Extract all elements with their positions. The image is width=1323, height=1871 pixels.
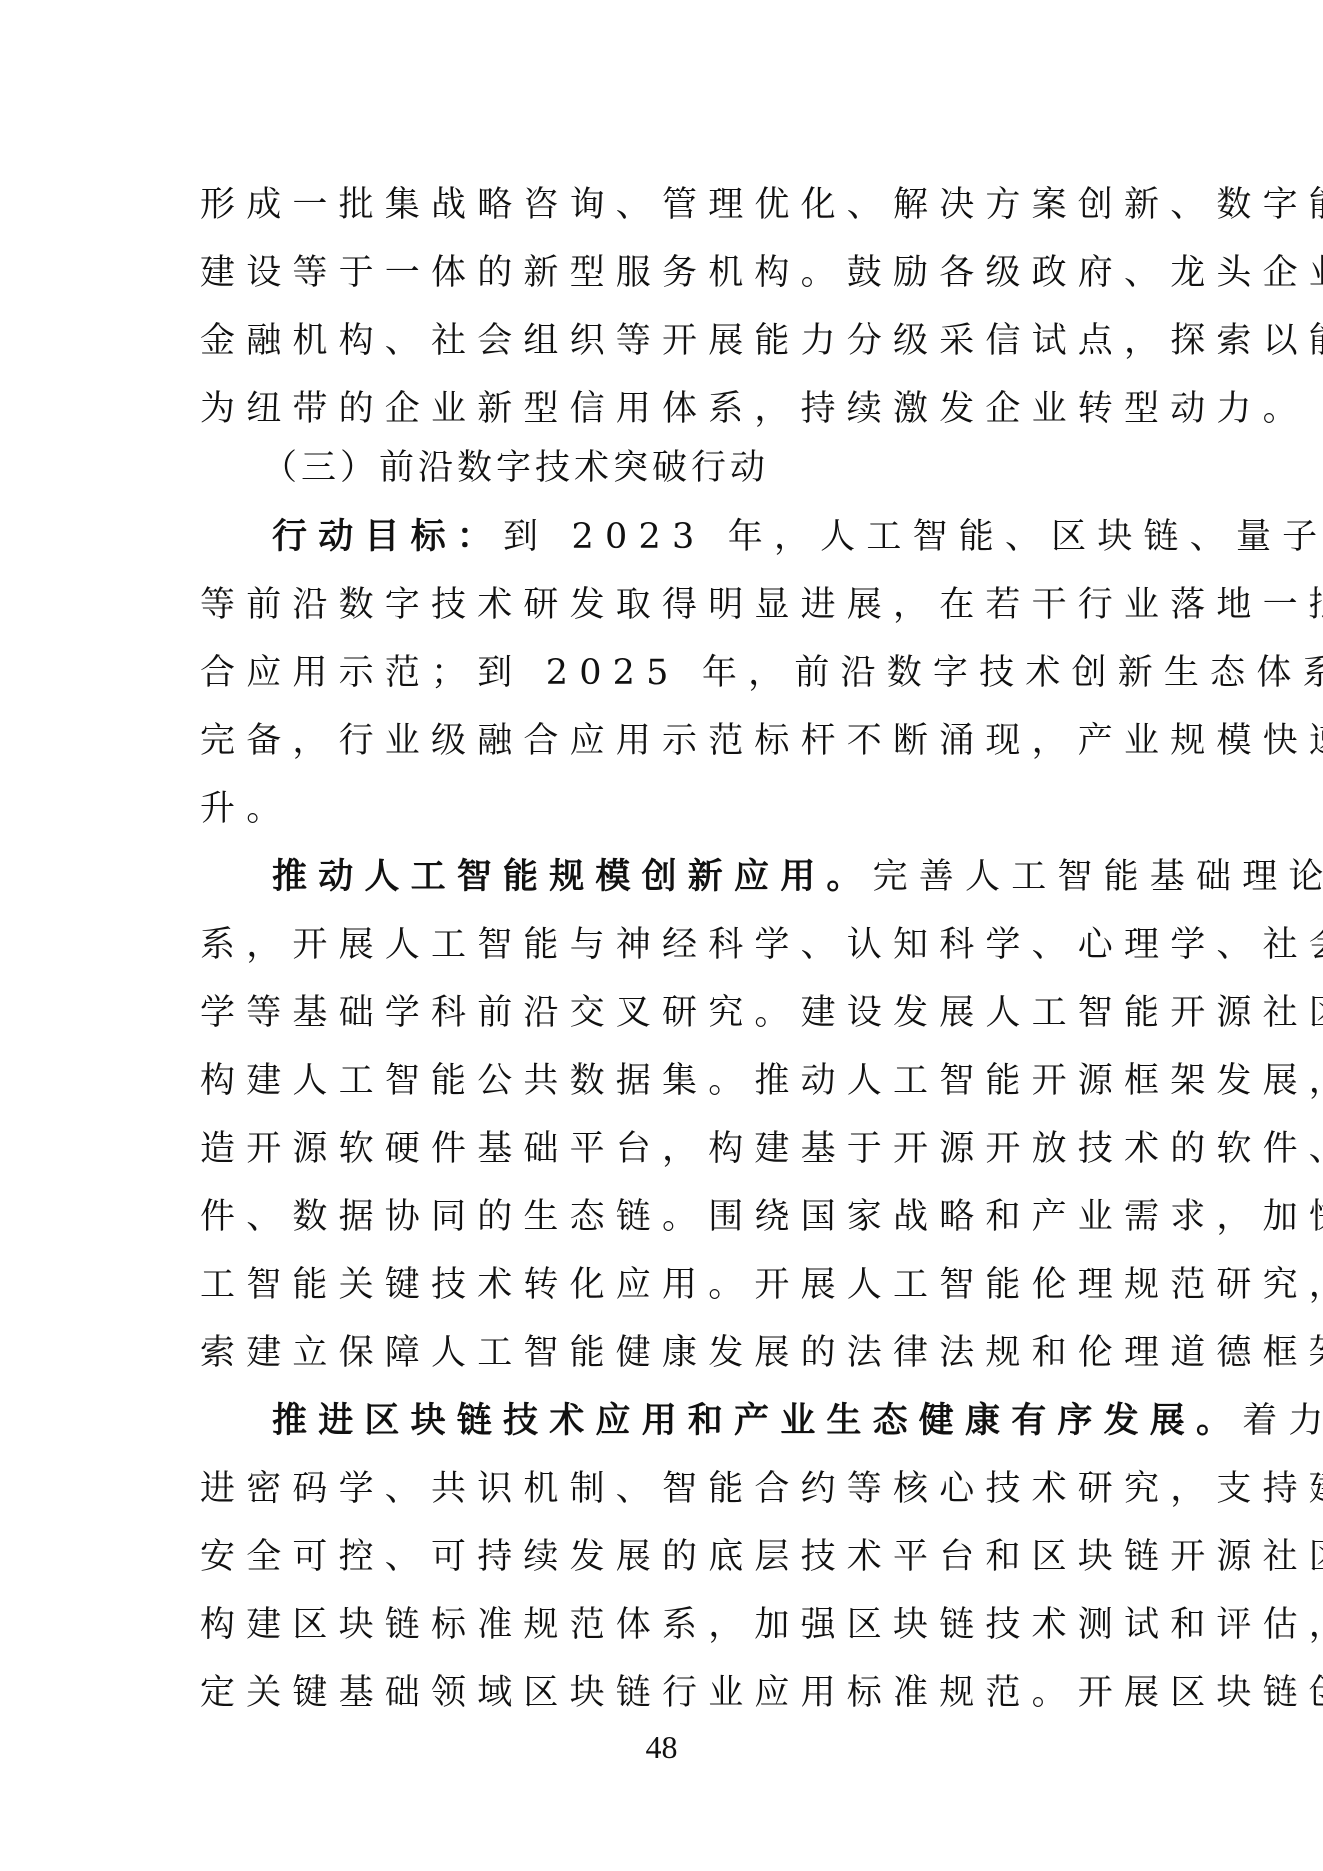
text-line: 构建区块链标准规范体系，加强区块链技术测试和评估，制 [200, 1600, 1130, 1650]
bold-lead: 推动人工智能规模创新应用。 [272, 856, 873, 897]
text-line: 形成一批集战略咨询、管理优化、解决方案创新、数字能力 [200, 180, 1130, 230]
text-line: 金融机构、社会组织等开展能力分级采信试点，探索以能力 [200, 316, 1130, 366]
text-line: 学等基础学科前沿交叉研究。建设发展人工智能开源社区， [200, 988, 1130, 1038]
page-number: 48 [0, 1727, 1323, 1767]
bold-lead: 推进区块链技术应用和产业生态健康有序发展。 [272, 1400, 1242, 1441]
text-run: 完善人工智能基础理论体 [873, 857, 1323, 897]
bold-lead: 行动目标： [272, 516, 503, 557]
text-line: 升。 [200, 784, 1130, 834]
text-line: 完备，行业级融合应用示范标杆不断涌现，产业规模快速提 [200, 716, 1130, 766]
document-page: 形成一批集战略咨询、管理优化、解决方案创新、数字能力 建设等于一体的新型服务机构… [0, 0, 1323, 1871]
text-line: 建设等于一体的新型服务机构。鼓励各级政府、龙头企业、 [200, 248, 1130, 298]
text-line: 工智能关键技术转化应用。开展人工智能伦理规范研究，探 [200, 1260, 1130, 1310]
text-line: 等前沿数字技术研发取得明显进展，在若干行业落地一批融 [200, 580, 1130, 630]
text-line: 索建立保障人工智能健康发展的法律法规和伦理道德框架。 [200, 1328, 1130, 1378]
text-line: 构建人工智能公共数据集。推动人工智能开源框架发展，打 [200, 1056, 1130, 1106]
text-line: 定关键基础领域区块链行业应用标准规范。开展区块链创新 [200, 1668, 1130, 1718]
text-line: 系，开展人工智能与神经科学、认知科学、心理学、社会科 [200, 920, 1130, 970]
text-line-with-lead: 推进区块链技术应用和产业生态健康有序发展。着力推 [272, 1396, 1130, 1446]
text-line: 合应用示范；到 2025 年，前沿数字技术创新生态体系日益 [200, 648, 1130, 698]
section-heading: （三）前沿数字技术突破行动 [262, 443, 762, 493]
text-line: 造开源软硬件基础平台，构建基于开源开放技术的软件、硬 [200, 1124, 1130, 1174]
text-line: 件、数据协同的生态链。围绕国家战略和产业需求，加快人 [200, 1192, 1130, 1242]
text-line: 为纽带的企业新型信用体系，持续激发企业转型动力。 [200, 384, 1130, 434]
text-run: 到 2023 年，人工智能、区块链、量子信息 [503, 517, 1323, 557]
text-line-with-lead: 推动人工智能规模创新应用。完善人工智能基础理论体 [272, 852, 1130, 902]
text-line: 进密码学、共识机制、智能合约等核心技术研究，支持建设 [200, 1464, 1130, 1514]
text-line: 安全可控、可持续发展的底层技术平台和区块链开源社区。 [200, 1532, 1130, 1582]
text-run: 着力推 [1242, 1401, 1323, 1441]
text-line-with-lead: 行动目标：到 2023 年，人工智能、区块链、量子信息 [272, 512, 1130, 562]
